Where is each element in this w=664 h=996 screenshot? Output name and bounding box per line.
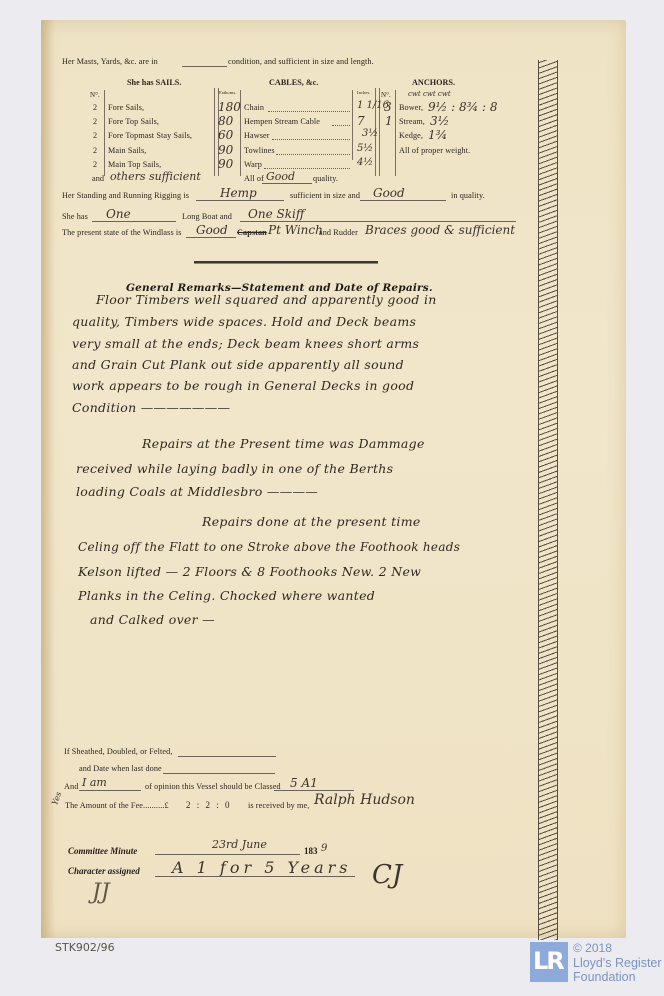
windlass-prefix: The present state of the Windlass is <box>62 228 182 237</box>
cable-fathoms: 80 <box>218 114 233 128</box>
sail-name: Main Sails, <box>108 146 146 155</box>
cable-name: Towlines <box>244 146 275 155</box>
cables-all-of-suffix: quality. <box>313 174 338 183</box>
repairs-line: Planks in the Celing. Chocked where want… <box>78 588 375 603</box>
year-value: 9 <box>321 843 327 854</box>
cable-inches: 4½ <box>357 157 373 168</box>
cables-all-of-label: All of <box>244 174 264 183</box>
cables-all-of-value: Good <box>266 170 295 183</box>
capstan-struck: Capstan <box>237 228 267 237</box>
masts-line-suffix: condition, and sufficient in size and le… <box>228 57 374 66</box>
anchor-weight: 3½ <box>430 114 449 128</box>
sails-and-label: and <box>92 174 104 183</box>
sail-no: 2 <box>93 146 97 155</box>
anchor-name: Bower, <box>399 103 423 112</box>
sail-name: Fore Sails, <box>108 103 144 112</box>
character-assigned-value: A 1 for 5 Years <box>172 858 352 877</box>
fathoms-header: Fathoms. <box>219 90 236 95</box>
reference-stamp: STK902/96 <box>55 941 115 954</box>
remarks-line: quality, Timbers wide spaces. Hold and D… <box>72 314 416 329</box>
sail-no: 2 <box>93 160 97 169</box>
cable-name: Hempen Stream Cable <box>244 117 320 126</box>
anchors-no-header: N°. <box>381 91 391 99</box>
remarks-line: work appears to be rough in General Deck… <box>72 378 414 393</box>
masts-condition-blank <box>182 66 227 67</box>
repairs-line: Celing off the Flatt to one Stroke above… <box>78 540 460 554</box>
org-name-line2: Foundation <box>573 970 636 984</box>
longboat-value: One <box>106 207 131 221</box>
anchor-no: 1 <box>385 114 393 128</box>
masts-line-prefix: Her Masts, Yards, &c. are in <box>62 57 158 66</box>
sails-divider <box>104 90 105 176</box>
bower-units: cwt cwt cwt <box>408 90 451 98</box>
date-last-done-blank <box>163 773 275 774</box>
rigging-middle: sufficient in size and <box>290 191 360 200</box>
committee-minute-label: Committee Minute <box>68 846 137 856</box>
sail-name: Fore Topmast Stay Sails, <box>108 131 192 140</box>
sheathed-blank <box>178 756 276 757</box>
sail-no: 2 <box>93 117 97 126</box>
repairs-line: and Calked over — <box>90 612 215 627</box>
anchors-note: All of proper weight. <box>399 146 470 155</box>
remarks-line: Floor Timbers well squared and apparentl… <box>96 292 437 307</box>
cable-inches: 7 <box>357 114 365 128</box>
class-value: 5 A1 <box>290 776 318 790</box>
sail-no: 2 <box>93 103 97 112</box>
sail-name: Main Top Sails, <box>108 160 161 169</box>
date-last-done-label: and Date when last done <box>79 764 162 773</box>
sails-others-value: others sufficient <box>110 170 201 183</box>
surveyor-signature: Ralph Hudson <box>314 792 415 808</box>
fee-value: 2 : 2 : 0 <box>186 800 232 810</box>
boats-prefix: She has <box>62 212 88 221</box>
sail-name: Fore Top Sails, <box>108 117 159 126</box>
inches-header: Inches. <box>357 90 371 95</box>
anchors-heading: ANCHORS. <box>412 78 455 87</box>
sails-heading: She has SAILS. <box>127 78 181 87</box>
anchor-weight: 9½ : 8¾ : 8 <box>428 100 498 114</box>
repairs-line: Kelson lifted — 2 Floors & 8 Foothooks N… <box>78 564 421 579</box>
year-prefix: 183 <box>304 846 318 856</box>
cable-inches: 3½ <box>362 128 378 139</box>
rudder-value: Braces good & sufficient <box>365 223 515 237</box>
windlass-value: Good <box>196 223 228 237</box>
clerk-initials: JJ <box>92 880 110 905</box>
remarks-line: Condition ——————— <box>72 400 230 415</box>
and-label: And <box>64 782 78 791</box>
remarks-line: received while laying badly in one of th… <box>76 461 393 476</box>
cable-fathoms: 60 <box>218 128 233 142</box>
opinion-label: of opinion this Vessel should be Classed <box>145 782 281 791</box>
lr-logo-icon: LR <box>530 942 568 982</box>
anchor-name: Kedge, <box>399 131 423 140</box>
copyright-text: © 2018 <box>573 941 612 955</box>
inches-divider <box>352 90 353 160</box>
cable-fathoms: 180 <box>218 100 241 114</box>
decorative-chain-border <box>538 60 558 940</box>
rigging-value: Hemp <box>220 186 257 200</box>
section-rule <box>194 261 378 264</box>
rigging-quality-value: Good <box>373 186 405 200</box>
character-assigned-label: Character assigned <box>68 866 140 876</box>
committee-date-value: 23rd June <box>212 838 267 851</box>
fee-suffix: is received by me, <box>248 801 309 810</box>
repairs-line: Repairs done at the present time <box>202 514 421 529</box>
rigging-suffix: in quality. <box>451 191 485 200</box>
remarks-line: and Grain Cut Plank out side apparently … <box>72 357 404 372</box>
sail-no: 2 <box>93 131 97 140</box>
boats-middle: Long Boat and <box>182 212 232 221</box>
remarks-line: very small at the ends; Deck beam knees … <box>72 336 419 351</box>
remarks-line: Repairs at the Present time was Dammage <box>142 436 425 451</box>
committee-initials: CJ <box>372 860 402 890</box>
anchors-no-divider <box>395 90 396 176</box>
cable-inches: 5½ <box>357 143 373 154</box>
anchor-name: Stream, <box>399 117 425 126</box>
sheathed-label: If Sheathed, Doubled, or Felted, <box>64 747 172 756</box>
remarks-line: loading Coals at Middlesbro ———— <box>76 484 318 499</box>
cable-fathoms: 90 <box>218 157 233 171</box>
org-name-line1: Lloyd's Register <box>573 956 662 970</box>
cable-name: Chain <box>244 103 264 112</box>
skiff-value: One Skiff <box>248 207 304 221</box>
rudder-label: and Rudder <box>319 228 358 237</box>
sails-no-header: N°. <box>90 91 100 99</box>
cable-name: Warp <box>244 160 262 169</box>
fee-label: The Amount of the Fee..........£ <box>65 801 169 810</box>
cable-fathoms: 90 <box>218 143 233 157</box>
anchor-weight: 1¾ <box>428 128 447 142</box>
and-value: I am <box>82 776 107 789</box>
winch-value: Pt Winch <box>268 223 323 237</box>
anchor-no: 3 <box>384 100 392 114</box>
rigging-prefix: Her Standing and Running Rigging is <box>62 191 189 200</box>
cable-name: Hawser <box>244 131 270 140</box>
cables-heading: CABLES, &c. <box>269 78 318 87</box>
